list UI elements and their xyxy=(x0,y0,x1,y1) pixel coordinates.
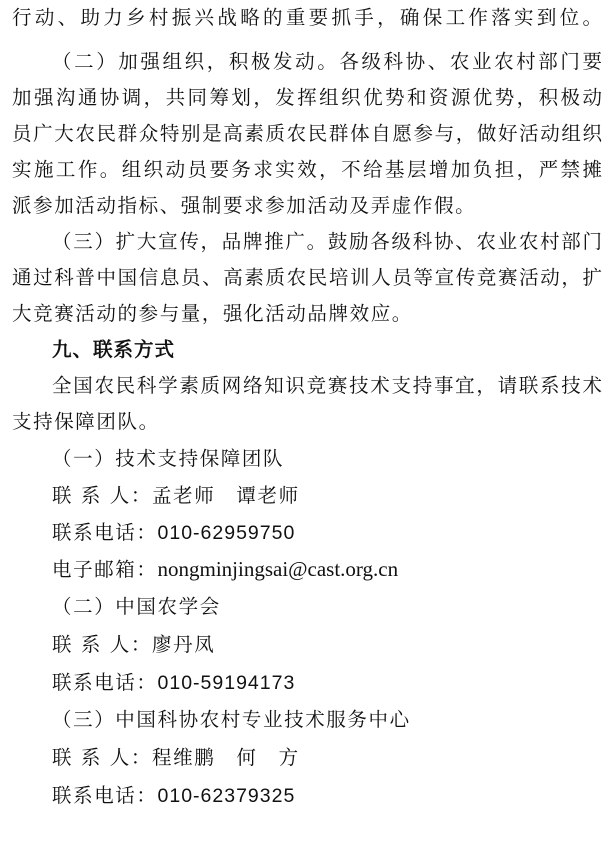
contact-person-label: 联 系 人： xyxy=(52,484,152,507)
section-3-line: （三）扩大宣传，品牌推广。鼓励各级科协、农业农村部门 xyxy=(52,230,602,254)
paragraph-line: 行动、助力乡村振兴战略的重要抓手，确保工作落实到位。 xyxy=(12,6,602,30)
contact-person-value: 廖丹凤 xyxy=(152,633,215,656)
contact-group-title: （二）中国农学会 xyxy=(52,595,602,619)
contact-person-row: 联 系 人：孟老师 谭老师 xyxy=(52,484,602,508)
document-page: 行动、助力乡村振兴战略的重要抓手，确保工作落实到位。 （二）加强组织，积极发动。… xyxy=(0,0,609,863)
contact-phone-value: 010-62959750 xyxy=(158,522,296,544)
section-3-line: 大竞赛活动的参与量，强化活动品牌效应。 xyxy=(12,302,602,326)
contact-phone-value: 010-59194173 xyxy=(158,672,296,694)
contact-person-label: 联 系 人： xyxy=(52,746,152,769)
contact-email-link[interactable]: nongminjingsai@cast.org.cn xyxy=(158,557,399,581)
contact-group-title: （一）技术支持保障团队 xyxy=(52,447,602,471)
contact-person-value: 孟老师 谭老师 xyxy=(152,484,300,507)
contact-heading: 九、联系方式 xyxy=(52,338,602,362)
contact-intro-line: 全国农民科学素质网络知识竞赛技术支持事宜，请联系技术 xyxy=(52,374,602,398)
contact-email-label: 电子邮箱： xyxy=(52,558,158,581)
contact-phone-label: 联系电话： xyxy=(52,784,158,807)
section-2-line: （二）加强组织，积极发动。各级科协、农业农村部门要 xyxy=(52,50,602,74)
contact-person-label: 联 系 人： xyxy=(52,633,152,656)
contact-person-row: 联 系 人：程维鹏 何 方 xyxy=(52,746,602,770)
section-2-line: 派参加活动指标、强制要求参加活动及弄虚作假。 xyxy=(12,194,602,218)
contact-phone-row: 联系电话：010-59194173 xyxy=(52,671,602,695)
contact-group-title: （三）中国科协农村专业技术服务中心 xyxy=(52,708,602,732)
section-2-line: 加强沟通协调，共同筹划，发挥组织优势和资源优势，积极动 xyxy=(12,86,602,110)
contact-phone-row: 联系电话：010-62379325 xyxy=(52,784,602,808)
section-2-line: 员广大农民群众特别是高素质农民群体自愿参与，做好活动组织 xyxy=(12,122,602,146)
contact-phone-label: 联系电话： xyxy=(52,521,158,544)
section-2-line: 实施工作。组织动员要务求实效，不给基层增加负担，严禁摊 xyxy=(12,158,602,182)
contact-phone-label: 联系电话： xyxy=(52,671,158,694)
contact-email-row: 电子邮箱：nongminjingsai@cast.org.cn xyxy=(52,557,602,582)
contact-phone-row: 联系电话：010-62959750 xyxy=(52,521,602,545)
contact-person-value: 程维鹏 何 方 xyxy=(152,746,300,769)
contact-person-row: 联 系 人：廖丹凤 xyxy=(52,633,602,657)
contact-phone-value: 010-62379325 xyxy=(158,785,296,807)
contact-intro-line: 支持保障团队。 xyxy=(12,410,602,434)
section-3-line: 通过科普中国信息员、高素质农民培训人员等宣传竞赛活动，扩 xyxy=(12,266,602,290)
